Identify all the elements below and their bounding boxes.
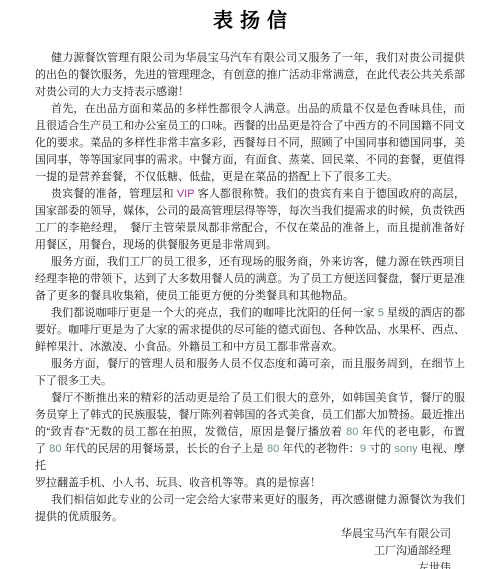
text-line: 工厂的李艳经理， 餐厅主管荣景凤都非常配合，不仅在菜品的准备上，而且提前准备好 [35,220,465,237]
text-segment: 年代的老物件： [279,443,360,455]
text-segment: 提供的优质服务。 [35,511,123,523]
text-segment: 餐厅不断推出来的精彩的活动更是给了员工们很大的意外，如韩国美食节，餐厅的服 [51,392,465,404]
text-line: 国同事，等等国家同事的需求。中餐方面，有面食、蒸菜、回民菜、不同的套餐，更值得 [35,152,465,169]
text-segment: 务员穿上了韩式的民族服装，餐厅陈列着韩国的各式美食，员工们都大加赞扬。最近推出 [35,409,465,421]
text-segment: 年代的民居的用餐场景，长长的台子上是 [61,443,267,455]
text-segment: 贵宾餐的准备，管理层和 [51,188,177,200]
text-segment: 服务方面，我们工厂的员工很多，还有现场的服务商，外来访客，健力源在铁西项目 [51,256,465,268]
text-segment: 化的要求。菜品的多样性非常丰富多彩，西餐每日不同，照顾了中国同事和德国同事，美 [35,137,465,149]
text-line: 提供的优质服务。 [35,509,465,526]
text-line: 且很适合生产员工和办公室员工的口味。西餐的出品更是符合了中西方的不同国籍不同文 [35,118,465,135]
text-line: 的出色的餐饮服务，先进的管理理念，有创意的推广活动非常满意，在此代表公共关系部 [35,67,465,84]
text-line: 对贵公司的大力支持表示感谢！ [35,84,465,101]
text-segment: 的出色的餐饮服务，先进的管理理念，有创意的推广活动非常满意，在此代表公共关系部 [35,69,465,81]
latin-accent-text: 80 [346,426,358,438]
text-segment: 我们相信如此专业的公司一定会给大家带来更好的服务，再次感谢健力源餐饮为我们 [51,494,465,506]
text-segment: 了 [35,443,49,455]
signature-name: 左世伟 [35,560,451,569]
text-segment: 罗拉翻盖手机、小人书、玩具、收音机等等。真的是惊喜！ [35,477,321,489]
commendation-letter-page: 表扬信 健力源餐饮管理有限公司为华晨宝马汽车有限公司又服务了一年，我们对贵公司提… [0,0,500,569]
text-line: 经理李艳的带领下，达到了大多数用餐人员的满意。为了员工方便送回餐盘，餐厅更是准 [35,271,465,288]
text-line: 备了更多的餐具收集箱，使员工能更方便的分类餐具和其他物品。 [35,288,465,305]
text-line: 用餐区，用餐台，现场的供餐服务更是非常周到。 [35,237,465,254]
text-line: 我们都说咖啡厅更是一个大的亮点，我们的咖啡比沈阳的任何一家 5 星级的酒店的都 [35,305,465,322]
text-line: 餐厅不断推出来的精彩的活动更是给了员工们很大的意外，如韩国美食节，餐厅的服 [35,390,465,407]
text-segment: 国同事，等等国家同事的需求。中餐方面，有面食、蒸菜、回民菜、不同的套餐，更值得 [35,154,465,166]
text-segment: 的“致青春”无数的员工都在拍照，发微信，原因是餐厅播放着 [35,426,346,438]
text-segment: 星级的酒店的都 [384,307,465,319]
text-segment: 寸的 [366,443,394,455]
text-line: 下了很多工夫。 [35,373,465,390]
text-segment: 对贵公司的大力支持表示感谢！ [35,86,189,98]
letter-title: 表扬信 [35,8,465,34]
letter-body: 健力源餐饮管理有限公司为华晨宝马汽车有限公司又服务了一年，我们对贵公司提供的出色… [35,50,465,526]
text-line: 一提的是营养套餐，不仅低糖、低盐，更是在菜品的搭配上下了很多工夫。 [35,169,465,186]
text-line: 鲜榨果汁、冰激凌、小食品。外籍员工和中方员工都非常喜欢。 [35,339,465,356]
text-line: 务员穿上了韩式的民族服装，餐厅陈列着韩国的各式美食，员工们都大加赞扬。最近推出 [35,407,465,424]
text-line: 要好。咖啡厅更是为了大家的需求提供的尽可能的德式面包、各种饮品、水果杯、西点、 [35,322,465,339]
text-segment: 一提的是营养套餐，不仅低糖、低盐，更是在菜品的搭配上下了很多工夫。 [35,171,398,183]
text-line: 国家部委的领导，媒体，公司的最高管理层得等等，每次当我们提需求的时候，负责铁西 [35,203,465,220]
text-line: 健力源餐饮管理有限公司为华晨宝马汽车有限公司又服务了一年，我们对贵公司提供 [35,50,465,67]
text-segment: 客人都很称赞。我们的贵宾有来自于德国政府的高层， [194,188,465,200]
text-line: 罗拉翻盖手机、小人书、玩具、收音机等等。真的是惊喜！ [35,475,465,492]
text-segment: 健力源餐饮管理有限公司为华晨宝马汽车有限公司又服务了一年，我们对贵公司提供 [51,52,465,64]
text-segment: 要好。咖啡厅更是为了大家的需求提供的尽可能的德式面包、各种饮品、水果杯、西点、 [35,324,465,336]
signature-role: 工厂沟通部经理 [35,543,451,560]
text-line: 服务方面，我们工厂的员工很多，还有现场的服务商，外来访客，健力源在铁西项目 [35,254,465,271]
text-segment: 备了更多的餐具收集箱，使员工能更方便的分类餐具和其他物品。 [35,290,354,302]
text-segment: 下了很多工夫。 [35,375,112,387]
text-segment: 鲜榨果汁、冰激凌、小食品。外籍员工和中方员工都非常喜欢。 [35,341,343,353]
text-line: 的“致青春”无数的员工都在拍照，发微信，原因是餐厅播放着 80 年代的老电影，布… [35,424,465,441]
latin-accent-text: sony [394,443,417,455]
text-line: 我们相信如此专业的公司一定会给大家带来更好的服务，再次感谢健力源餐饮为我们 [35,492,465,509]
text-segment: 我们都说咖啡厅更是一个大的亮点，我们的咖啡比沈阳的任何一家 [51,307,378,319]
text-line: 化的要求。菜品的多样性非常丰富多彩，西餐每日不同，照顾了中国同事和德国同事，美 [35,135,465,152]
text-segment: 国家部委的领导，媒体，公司的最高管理层得等等，每次当我们提需求的时候，负责铁西 [35,205,465,217]
text-line: 了 80 年代的民居的用餐场景，长长的台子上是 80 年代的老物件：9 寸的 s… [35,441,465,475]
vip-highlight-text: VIP [177,188,195,200]
text-segment: 服务方面，餐厅的管理人员和服务人员不仅态度和蔼可亲，而且服务周到，在细节上 [51,358,465,370]
signature-company: 华晨宝马汽车有限公司 [35,526,451,543]
text-segment: 年代的老电影，布置 [358,426,465,438]
latin-accent-text: 80 [49,443,61,455]
text-line: 服务方面，餐厅的管理人员和服务人员不仅态度和蔼可亲，而且服务周到，在细节上 [35,356,465,373]
signature-block: 华晨宝马汽车有限公司 工厂沟通部经理 左世伟 [35,526,465,569]
text-line: 贵宾餐的准备，管理层和 VIP 客人都很称赞。我们的贵宾有来自于德国政府的高层， [35,186,465,203]
text-segment: 工厂的李艳经理， 餐厅主管荣景凤都非常配合，不仅在菜品的准备上，而且提前准备好 [35,222,465,234]
text-segment: 且很适合生产员工和办公室员工的口味。西餐的出品更是符合了中西方的不同国籍不同文 [35,120,465,132]
text-segment: 用餐区，用餐台，现场的供餐服务更是非常周到。 [35,239,277,251]
text-segment: 经理李艳的带领下，达到了大多数用餐人员的满意。为了员工方便送回餐盘，餐厅更是准 [35,273,465,285]
text-segment: 首先，在出品方面和菜品的多样性都很令人满意。出品的质量不仅是色香味具佳，而 [51,103,465,115]
latin-accent-text: 80 [267,443,279,455]
text-line: 首先，在出品方面和菜品的多样性都很令人满意。出品的质量不仅是色香味具佳，而 [35,101,465,118]
